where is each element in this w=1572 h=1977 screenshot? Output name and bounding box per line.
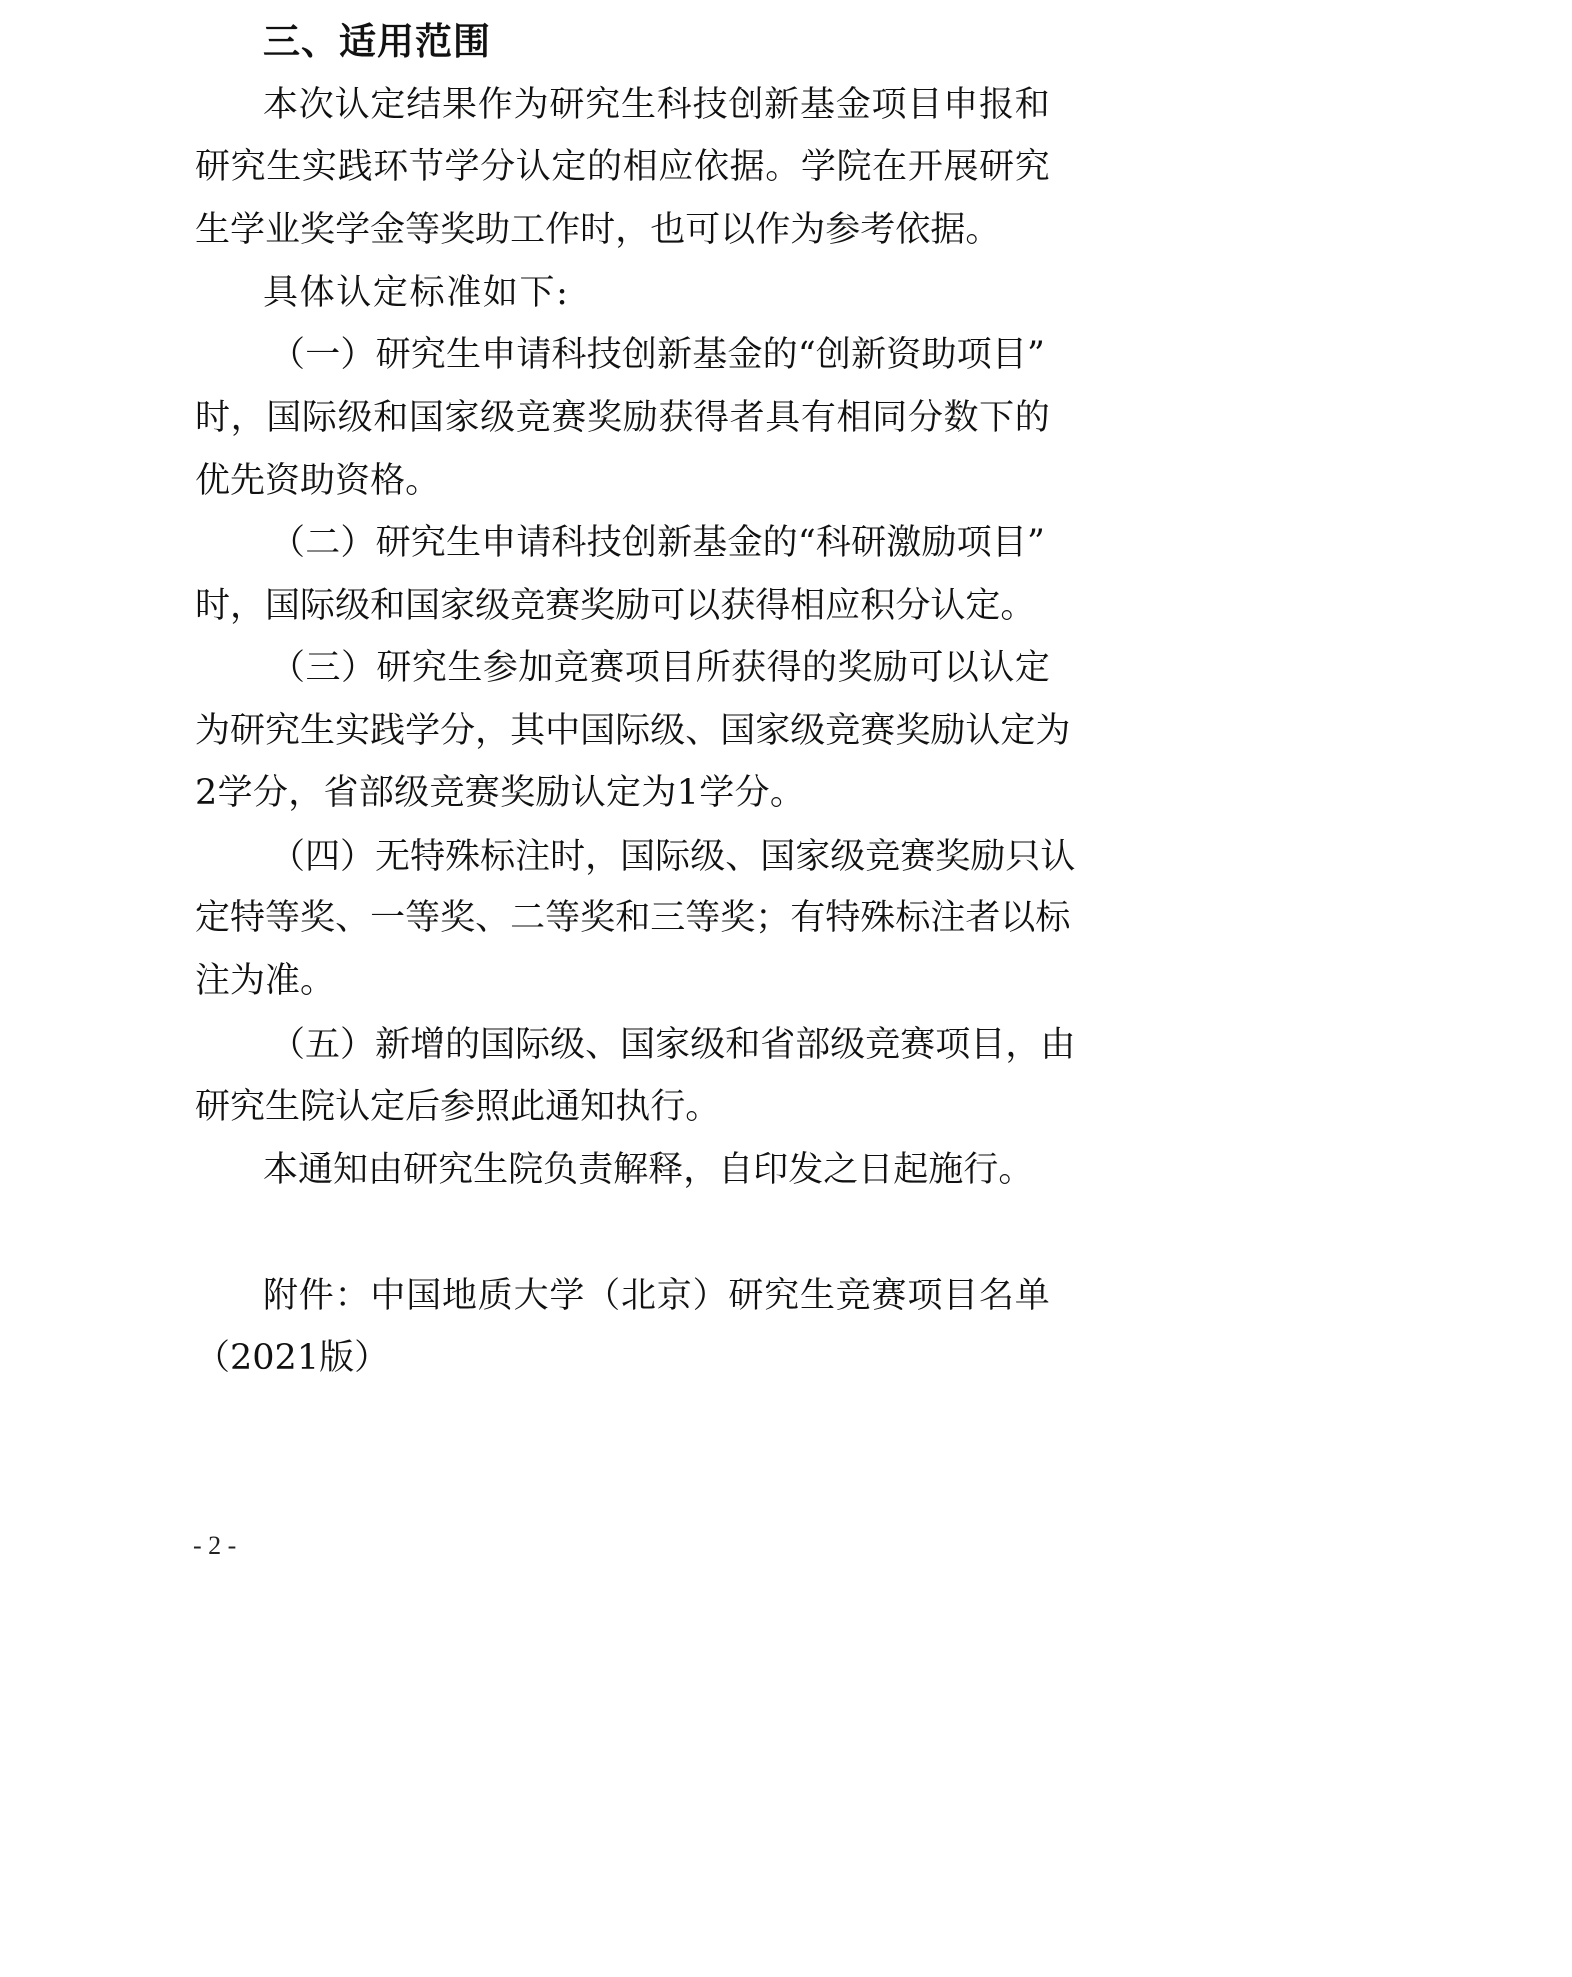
text-line: 优先资助资格。 — [195, 459, 435, 503]
text-line: （四）无特殊标注时，国际级、国家级竞赛奖励只认 — [270, 835, 1050, 879]
document-page: 三、适用范围 本次认定结果作为研究生科技创新基金项目申报和研究生实践环节学分认定… — [0, 0, 1572, 1977]
text-line: 本次认定结果作为研究生科技创新基金项目申报和 — [263, 83, 1050, 127]
text-line: 定特等奖、一等奖、二等奖和三等奖；有特殊标注者以标 — [195, 896, 1050, 940]
text-line: 本通知由研究生院负责解释，自印发之日起施行。 — [263, 1148, 1025, 1192]
text-line: 时，国际级和国家级竞赛奖励获得者具有相同分数下的 — [195, 396, 1050, 440]
section-heading: 三、适用范围 — [263, 20, 491, 64]
text-line: （一）研究生申请科技创新基金的“创新资助项目” — [270, 333, 1045, 377]
text-line: 注为准。 — [195, 959, 330, 1003]
text-line: 为研究生实践学分，其中国际级、国家级竞赛奖励认定为 — [195, 709, 1050, 753]
text-line: （二）研究生申请科技创新基金的“科研激励项目” — [270, 521, 1045, 565]
text-line: 研究生院认定后参照此通知执行。 — [195, 1085, 705, 1129]
page-number: - 2 - — [193, 1531, 236, 1561]
text-line: （三）研究生参加竞赛项目所获得的奖励可以认定 — [270, 646, 1050, 690]
text-line: 生学业奖学金等奖助工作时，也可以作为参考依据。 — [195, 208, 985, 252]
text-line: 2学分，省部级竞赛奖励认定为1学分。 — [195, 771, 805, 815]
text-line: 附件：中国地质大学（北京）研究生竞赛项目名单 — [263, 1274, 1050, 1318]
text-line: （2021版） — [195, 1336, 367, 1380]
text-line: （五）新增的国际级、国家级和省部级竞赛项目，由 — [270, 1023, 1050, 1067]
text-line: 具体认定标准如下: — [263, 271, 568, 315]
text-line: 研究生实践环节学分认定的相应依据。学院在开展研究 — [195, 145, 1050, 189]
text-line: 时，国际级和国家级竞赛奖励可以获得相应积分认定。 — [195, 584, 1020, 628]
